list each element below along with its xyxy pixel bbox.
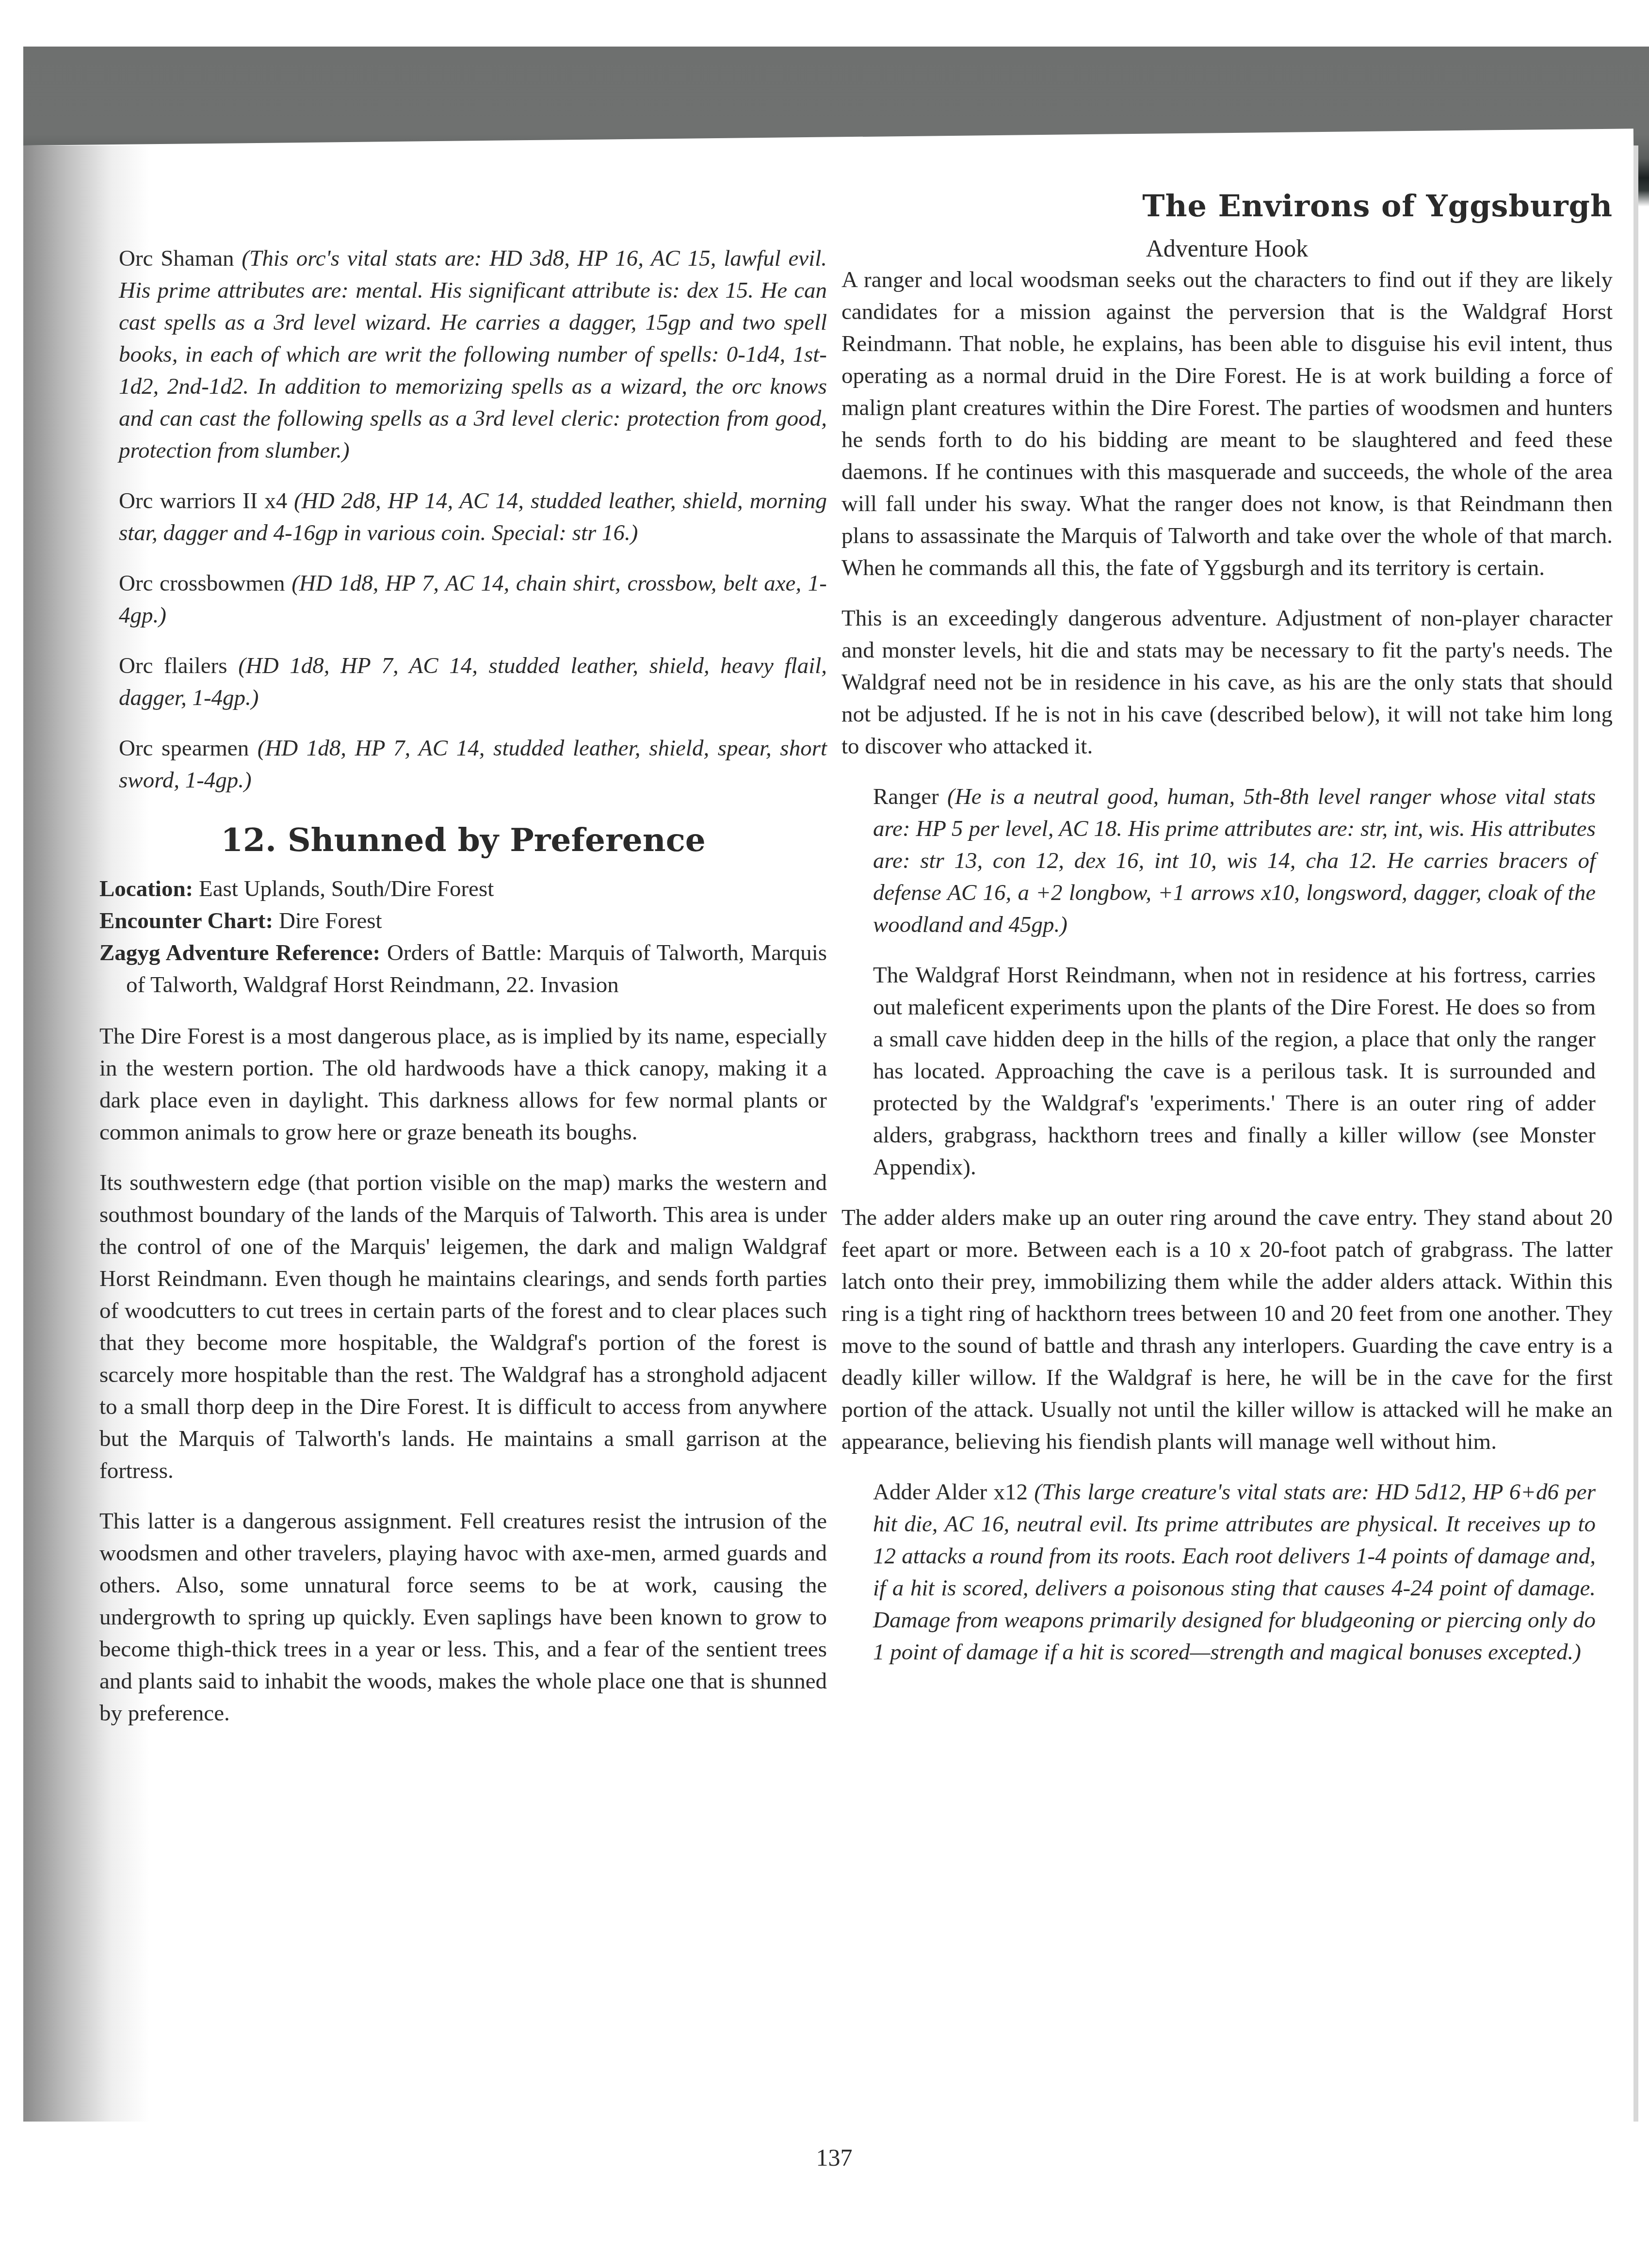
stat-block-orc-flailers: Orc flailers (HD 1d8, HP 7, AC 14, studd… xyxy=(99,650,827,714)
page-edge xyxy=(1633,145,1638,2122)
stat-block-orc-shaman: Orc Shaman (This orc's vital stats are: … xyxy=(99,242,827,466)
page-number: 137 xyxy=(805,2143,863,2171)
left-column: Orc Shaman (This orc's vital stats are: … xyxy=(99,242,827,1748)
paragraph: Its southwestern edge (that portion visi… xyxy=(99,1167,827,1487)
meta-location: Location: East Uplands, South/Dire Fores… xyxy=(99,873,827,905)
scan-margin-top xyxy=(0,0,1649,47)
stat-block-orc-warriors: Orc warriors II x4 (HD 2d8, HP 14, AC 14… xyxy=(99,485,827,549)
encounter-meta: Location: East Uplands, South/Dire Fores… xyxy=(99,873,827,1001)
running-head: The Environs of Yggsburgh xyxy=(841,184,1613,228)
stat-block-orc-crossbowmen: Orc crossbowmen (HD 1d8, HP 7, AC 14, ch… xyxy=(99,567,827,631)
meta-adventure-reference: Zagyg Adventure Reference: Orders of Bat… xyxy=(99,937,827,1001)
stat-block-adder-alder: Adder Alder x12 (This large creature's v… xyxy=(841,1476,1613,1668)
meta-encounter-chart: Encounter Chart: Dire Forest xyxy=(99,905,827,937)
paragraph: This is an exceedingly dangerous adventu… xyxy=(841,602,1613,762)
paragraph: This latter is a dangerous assignment. F… xyxy=(99,1505,827,1729)
section-title: 12. Shunned by Preference xyxy=(99,816,827,864)
paragraph: The Dire Forest is a most dangerous plac… xyxy=(99,1020,827,1148)
paragraph: A ranger and local woodsman seeks out th… xyxy=(841,264,1613,584)
right-column: The Environs of Yggsburgh Adventure Hook… xyxy=(841,184,1613,1687)
paragraph-indented: The Waldgraf Horst Reindmann, when not i… xyxy=(841,959,1613,1183)
stat-block-orc-spearmen: Orc spearmen (HD 1d8, HP 7, AC 14, studd… xyxy=(99,732,827,796)
subhead-adventure-hook: Adventure Hook xyxy=(841,233,1613,264)
stat-block-ranger: Ranger (He is a neutral good, human, 5th… xyxy=(841,781,1613,941)
paragraph: The adder alders make up an outer ring a… xyxy=(841,1202,1613,1458)
